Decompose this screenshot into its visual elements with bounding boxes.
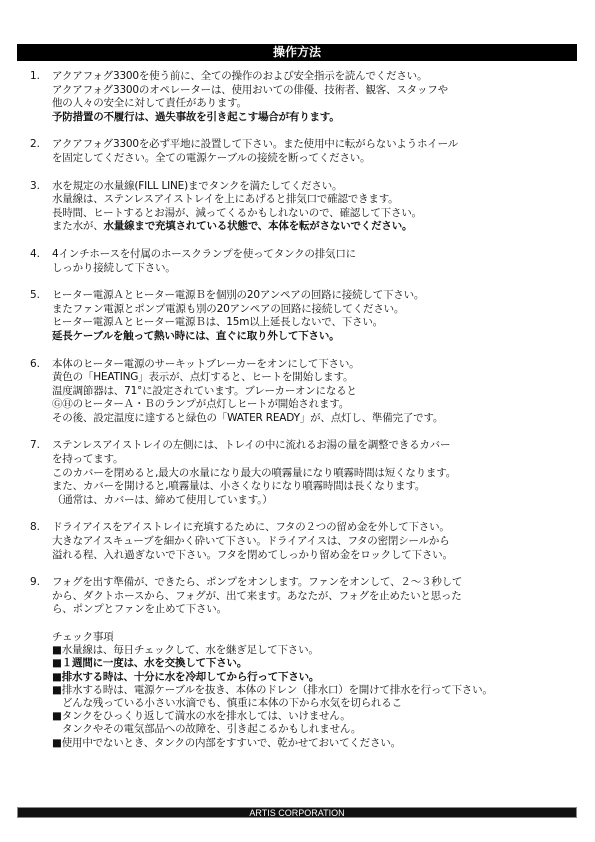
item-line: 溢れる程、入れ過ぎないで下さい。フタを閉めてしっかり留め金をロックして下さい。	[52, 549, 575, 563]
item-line: フォグを出す準備が、できたら、ポンプをオンします。ファンをオンして、２〜３秒して	[52, 576, 575, 590]
instruction-item-8: 8. ドライアイスをアイストレイに充填するために、フタの２つの留め金を外して下さ…	[30, 521, 575, 562]
item-number: 7.	[30, 439, 52, 507]
item-line-plain: また水が、	[52, 220, 104, 232]
item-line-warning: 水量線まで充填されている状態で、本体を転がさないでください。	[104, 220, 413, 232]
instruction-item-5: 5. ヒーター電源Ａとヒーター電源Ｂを個別の20アンペアの回路に接続して下さい。…	[30, 289, 575, 343]
instruction-item-2: 2. アクアフォグ3300を必ず平地に設置して下さい。また使用中に転がらないよう…	[30, 138, 575, 165]
item-line-warning: 延長ケーブルを触って熱い時には、直ぐに取り外して下さい。	[52, 330, 575, 344]
instruction-item-3: 3. 水を規定の水量線(FILL LINE)までタンクを満たしてください。 水量…	[30, 180, 575, 234]
item-line: ヒーター電源Ａとヒーター電源Ｂは、15m以上延長しないで、下さい。	[52, 316, 575, 330]
item-number: 3.	[30, 180, 52, 234]
checklist-item: ■排水する時は、十分に水を冷却してから行って下さい。	[52, 671, 575, 684]
instructions-content: 1. アクアフォグ3300を使う前に、全ての操作のおよび安全指示を読んでください…	[30, 70, 575, 750]
checklist-item-continued: どんな残っている小さい水滴でも、慎重に本体の下から水気を切られるこ	[52, 697, 575, 710]
item-line: アクアフォグ3300を必ず平地に設置して下さい。また使用中に転がらないようホイー…	[52, 138, 575, 152]
item-number: 6.	[30, 358, 52, 426]
item-number: 8.	[30, 521, 52, 562]
item-line: ステンレスアイストレイの左側には、トレイの中に流れるお湯の量を調整できるカバー	[52, 439, 575, 453]
item-line: 本体のヒーター電源のサーキットブレーカーをオンにして下さい。	[52, 358, 575, 372]
item-line: （通常は、カバーは、締めて使用しています。）	[52, 494, 575, 508]
item-line: 水を規定の水量線(FILL LINE)までタンクを満たしてください。	[52, 180, 575, 194]
item-line-warning: 予防措置の不履行は、過失事故を引き起こす場合が有ります。	[52, 111, 575, 125]
checklist-item: ■使用中でないとき、タンクの内部をすすいで、乾かせておいてください。	[52, 737, 575, 750]
checklist-item: ■タンクをひっくり返して満水の水を排水しては、いけません。	[52, 710, 575, 723]
item-line: ドライアイスをアイストレイに充填するために、フタの２つの留め金を外して下さい。	[52, 521, 575, 535]
item-line: から、ダクトホースから、フォグが、出て来ます。あなたが、フォグを止めたいと思った	[52, 590, 575, 604]
instruction-item-1: 1. アクアフォグ3300を使う前に、全ての操作のおよび安全指示を読んでください…	[30, 70, 575, 124]
page-title: 操作方法	[273, 45, 321, 59]
item-line: 4インチホースを付属のホースクランプを使ってタンクの排気口に	[52, 248, 575, 262]
footer-bar: ARTIS CORPORATION	[17, 807, 577, 818]
instruction-item-6: 6. 本体のヒーター電源のサーキットブレーカーをオンにして下さい。 黄色の「HE…	[30, 358, 575, 426]
item-number: 4.	[30, 248, 52, 275]
item-line: 水量線は、ステンレスアイストレイを上にあげると排気口で確認できます。	[52, 193, 575, 207]
item-line: 他の人々の安全に対して責任があります。	[52, 97, 575, 111]
item-line: その後、設定温度に達すると緑色の「WATER READY」が、点灯し、準備完了で…	[52, 412, 575, 426]
instruction-item-7: 7. ステンレスアイストレイの左側には、トレイの中に流れるお湯の量を調整できるカ…	[30, 439, 575, 507]
item-line: しっかり接続して下さい。	[52, 262, 575, 276]
item-line: 温度調節器は、71°に設定されています。ブレーカーオンになると	[52, 385, 575, 399]
item-number: 9.	[30, 576, 52, 617]
checklist-item: ■１週間に一度は、水を交換して下さい。	[52, 657, 575, 670]
checklist-item: ■排水する時は、電源ケーブルを抜き、本体のドレン（排水口）を開けて排水を行って下…	[52, 684, 575, 697]
instruction-item-9: 9. フォグを出す準備が、できたら、ポンプをオンします。ファンをオンして、２〜３…	[30, 576, 575, 617]
item-number: 1.	[30, 70, 52, 124]
item-line: ら、ポンプとファンを止めて下さい。	[52, 603, 575, 617]
checklist-item-continued: タンクやその電気部品への故障を、引き起こるかもしれません。	[52, 723, 575, 736]
item-number: 2.	[30, 138, 52, 165]
item-line: を固定してください。全ての電源ケーブルの接続を断ってください。	[52, 152, 575, 166]
item-line: 長時間、ヒートするとお湯が、減ってくるかもしれないので、確認して下さい。	[52, 207, 575, 221]
item-line: また水が、水量線まで充填されている状態で、本体を転がさないでください。	[52, 220, 575, 234]
instruction-item-4: 4. 4インチホースを付属のホースクランプを使ってタンクの排気口に しっかり接続…	[30, 248, 575, 275]
item-line: アクアフォグ3300を使う前に、全ての操作のおよび安全指示を読んでください。	[52, 70, 575, 84]
item-line: また、カバーを開けると,噴霧量は、小さくなりになり噴霧時間は長くなります。	[52, 480, 575, 494]
item-line: を持ってます。	[52, 453, 575, 467]
item-line: またファン電源とポンプ電源も別の20アンペアの回路に接続してください。	[52, 303, 575, 317]
item-line: 黄色の「HEATING」表示が、点灯すると、ヒートを開始します。	[52, 371, 575, 385]
item-number: 5.	[30, 289, 52, 343]
item-line: アクアフォグ3300のオペレーターは、使用おいての俳優、技術者、観客、スタッフや	[52, 84, 575, 98]
checklist-item: ■水量線は、毎日チェックして、水を継ぎ足して下さい。	[52, 644, 575, 657]
checklist: チェック事項 ■水量線は、毎日チェックして、水を継ぎ足して下さい。 ■１週間に一…	[52, 631, 575, 750]
item-line: ⒼⒽのヒーターＡ・Ｂのランプが点灯しヒートが開始されます。	[52, 398, 575, 412]
footer-company-name: ARTIS CORPORATION	[249, 808, 344, 818]
item-line: このカバーを閉めると,最大の水量になり最大の噴霧量になり噴霧時間は短くなります。	[52, 467, 575, 481]
page-title-bar: 操作方法	[17, 44, 577, 61]
item-line: 大きなアイスキューブを細かく砕いて下さい。ドライアイスは、フタの密閉シールから	[52, 535, 575, 549]
item-line: ヒーター電源Ａとヒーター電源Ｂを個別の20アンペアの回路に接続して下さい。	[52, 289, 575, 303]
checklist-title: チェック事項	[52, 631, 575, 644]
